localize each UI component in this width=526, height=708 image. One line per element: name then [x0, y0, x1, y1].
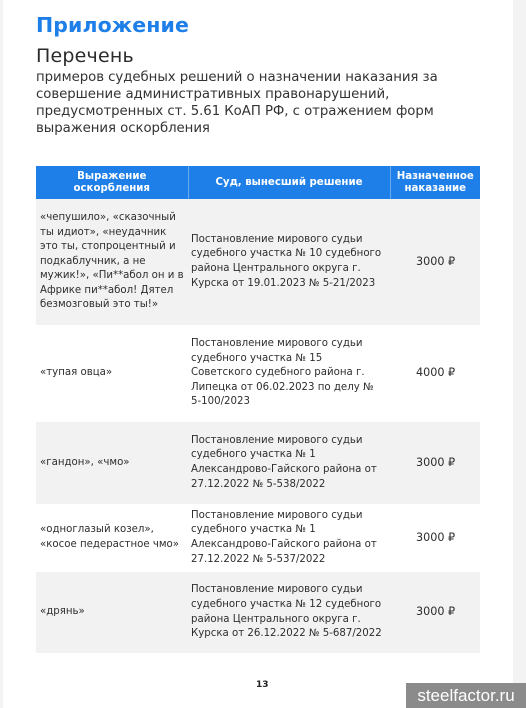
cell-penalty: 4000 ₽: [390, 325, 480, 422]
table-row: «чепушило», «сказочный ты идиот», «неуда…: [36, 199, 480, 325]
document-page: Приложение Перечень примеров судебных ре…: [3, 0, 513, 708]
cell-expression: «дрянь»: [36, 572, 188, 653]
table-row: «дрянь» Постановление мирового судьи суд…: [36, 572, 480, 653]
table-header-row: Выражение оскорбления Суд, вынесший реше…: [36, 166, 480, 199]
list-title: Перечень: [36, 45, 134, 67]
header-court: Суд, вынесший решение: [188, 166, 390, 199]
table-row: «тупая овца» Постановление мирового судь…: [36, 325, 480, 422]
cell-court: Постановление мирового судьи судебного у…: [188, 199, 390, 325]
page-number: 13: [256, 680, 269, 690]
list-description: примеров судебных решений о назначении н…: [36, 69, 476, 137]
watermark: steelfactor.ru: [406, 683, 526, 708]
appendix-heading: Приложение: [36, 13, 189, 37]
header-expression: Выражение оскорбления: [36, 166, 188, 199]
cell-expression: «чепушило», «сказочный ты идиот», «неуда…: [36, 199, 188, 325]
table-row: «одноглазый козел», «косое педерастное ч…: [36, 504, 480, 572]
header-penalty: Назначенное наказание: [390, 166, 480, 199]
cell-penalty: 3000 ₽: [390, 572, 480, 653]
cell-expression: «одноглазый козел», «косое педерастное ч…: [36, 504, 188, 572]
cell-court: Постановление мирового судьи судебного у…: [188, 504, 390, 572]
cell-penalty: 3000 ₽: [390, 504, 480, 572]
cell-court: Постановление мирового судьи судебного у…: [188, 325, 390, 422]
cell-penalty: 3000 ₽: [390, 422, 480, 504]
cell-court: Постановление мирового судьи судебного у…: [188, 422, 390, 504]
table-row: «гандон», «чмо» Постановление мирового с…: [36, 422, 480, 504]
cell-penalty: 3000 ₽: [390, 199, 480, 325]
page-edge: [513, 0, 526, 708]
court-decisions-table: Выражение оскорбления Суд, вынесший реше…: [36, 166, 480, 653]
cell-expression: «гандон», «чмо»: [36, 422, 188, 504]
cell-court: Постановление мирового судьи судебного у…: [188, 572, 390, 653]
cell-expression: «тупая овца»: [36, 325, 188, 422]
